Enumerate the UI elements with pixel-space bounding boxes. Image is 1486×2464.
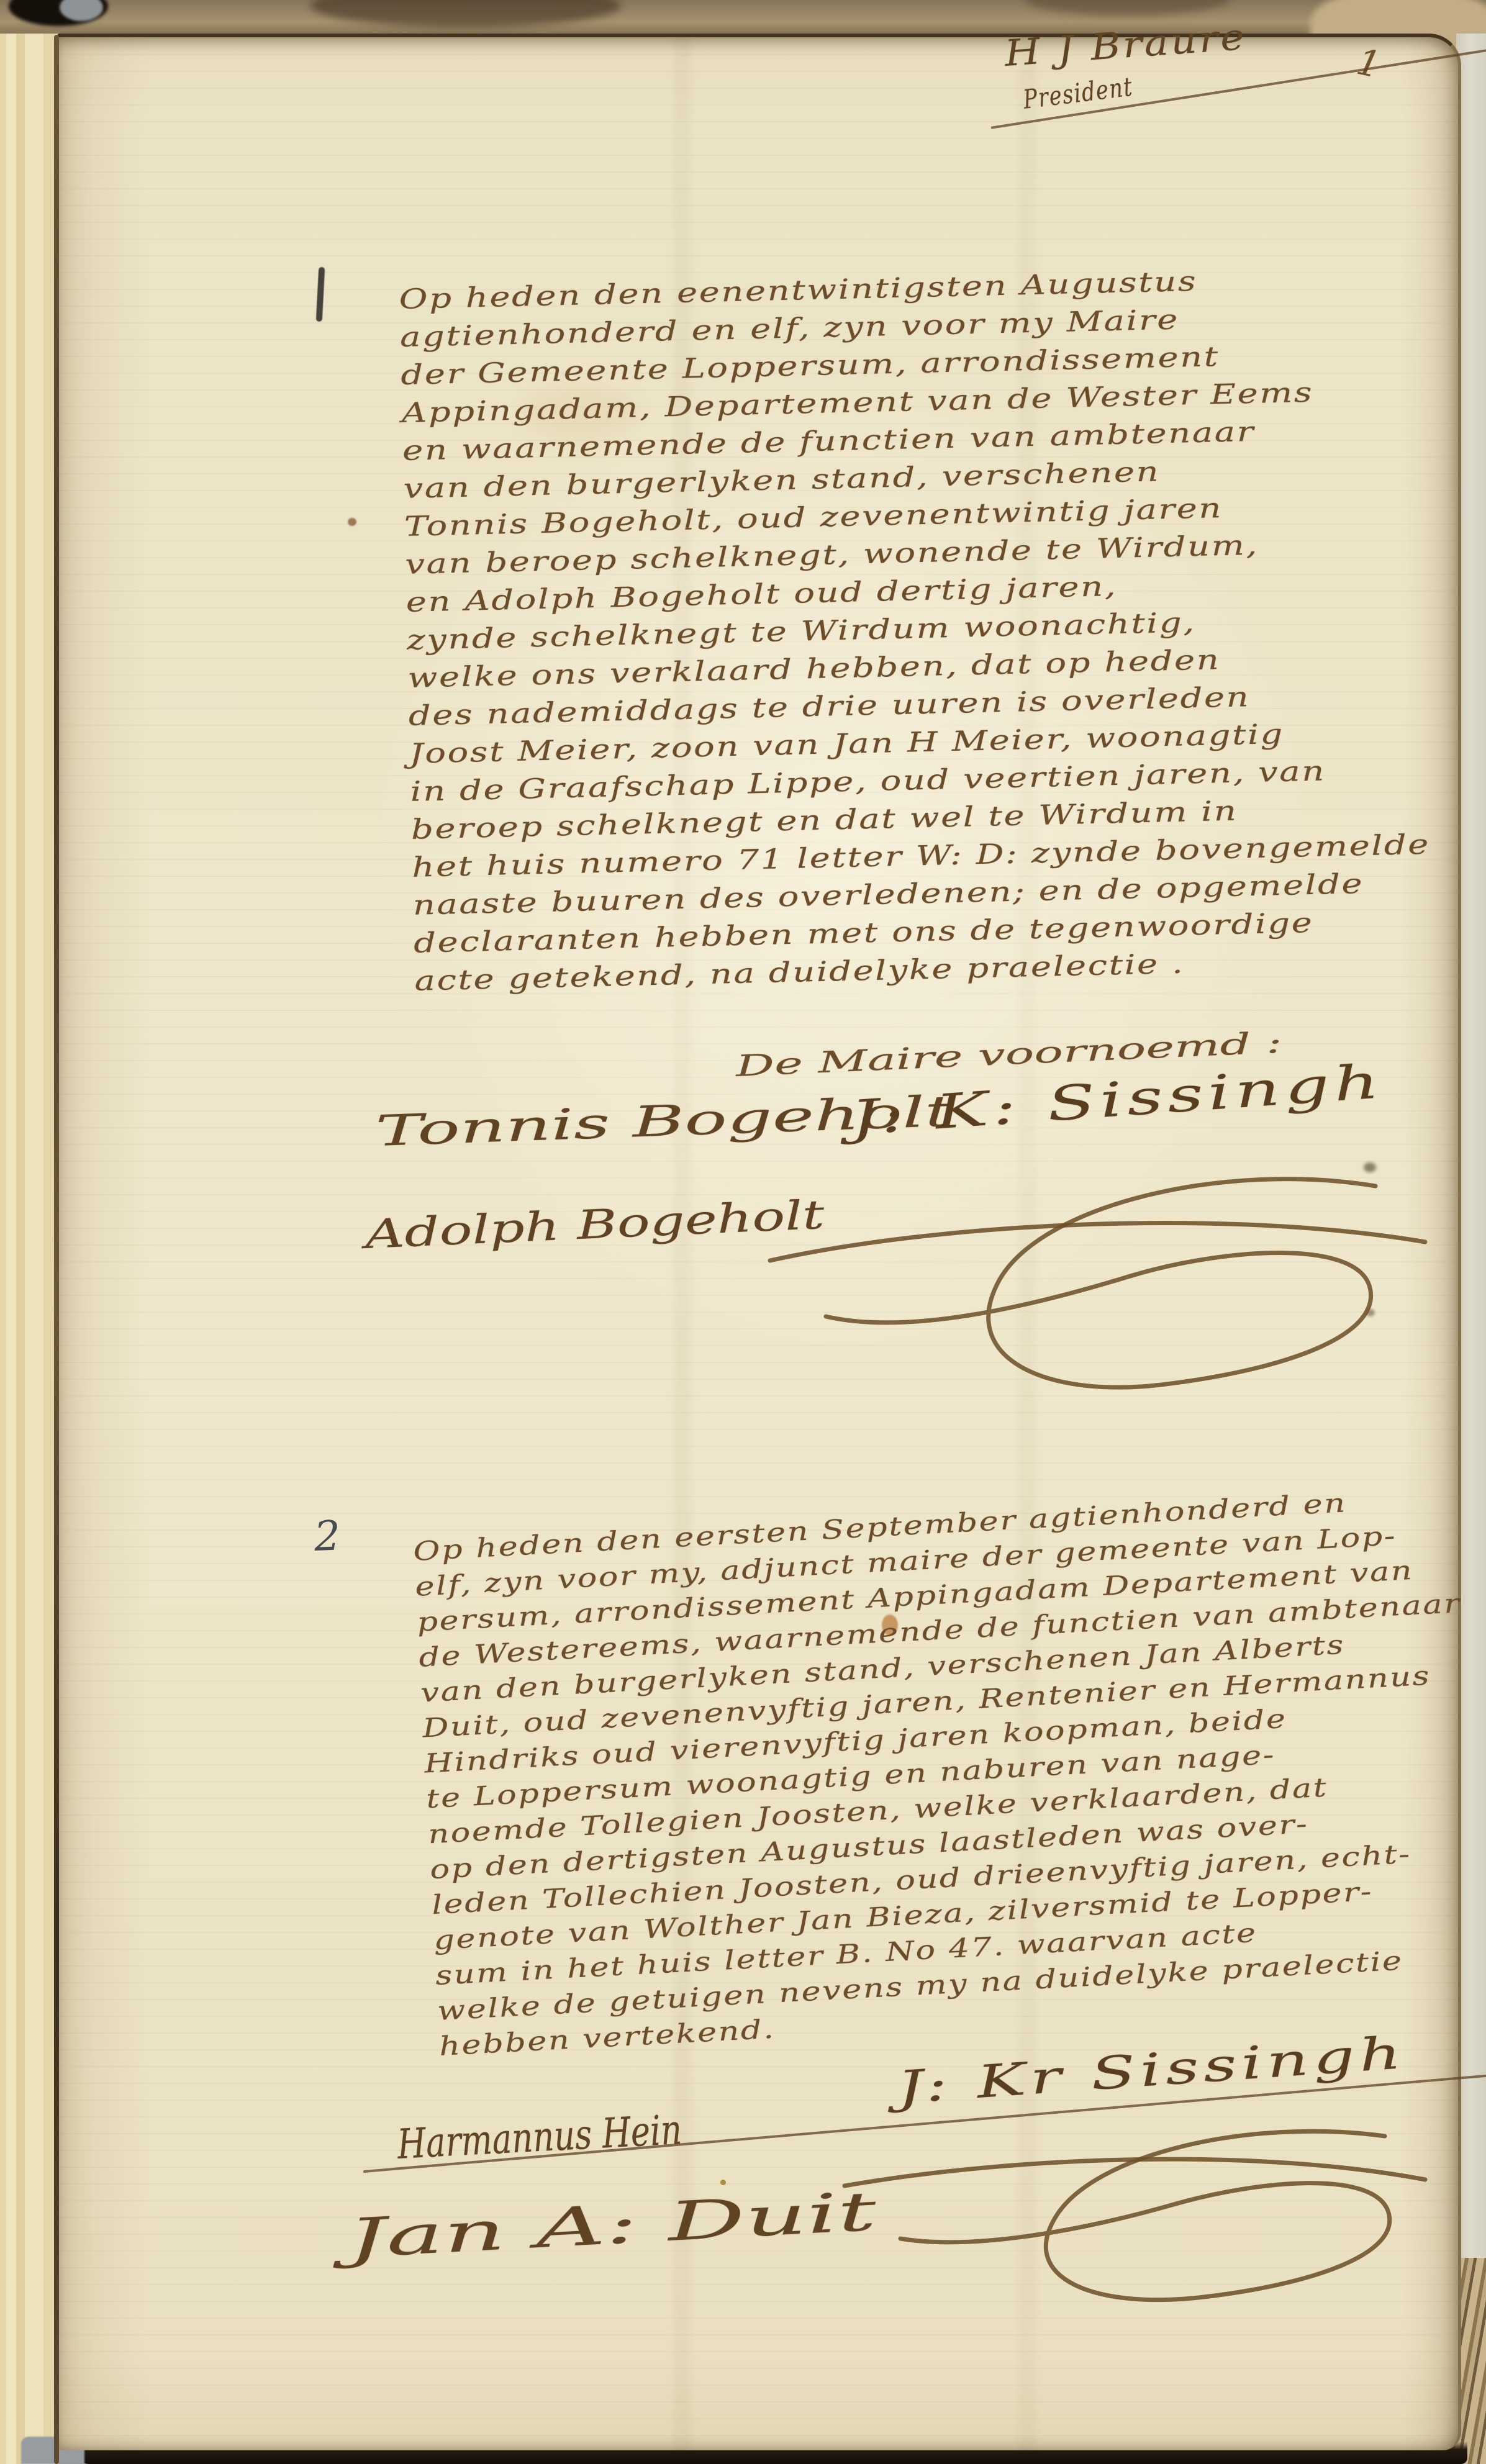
signature-flourish-paraph — [751, 1149, 1447, 1416]
entry-2-number: 2 — [314, 1512, 342, 1560]
entry-1-text: Op heden den eenentwintigsten Augustusag… — [399, 263, 1215, 1000]
entry-2-text: Op heden den eersten September agtienhon… — [412, 1490, 1273, 2064]
paper-stain — [348, 518, 356, 526]
paper-stain — [720, 2180, 726, 2185]
signature-flourish-paraph — [826, 2111, 1447, 2322]
gutter-crease — [54, 35, 59, 2464]
scanned-register-page: 1 H J Braure President Op heden den eene… — [0, 0, 1486, 2464]
gutter-page-edge — [0, 34, 59, 2464]
